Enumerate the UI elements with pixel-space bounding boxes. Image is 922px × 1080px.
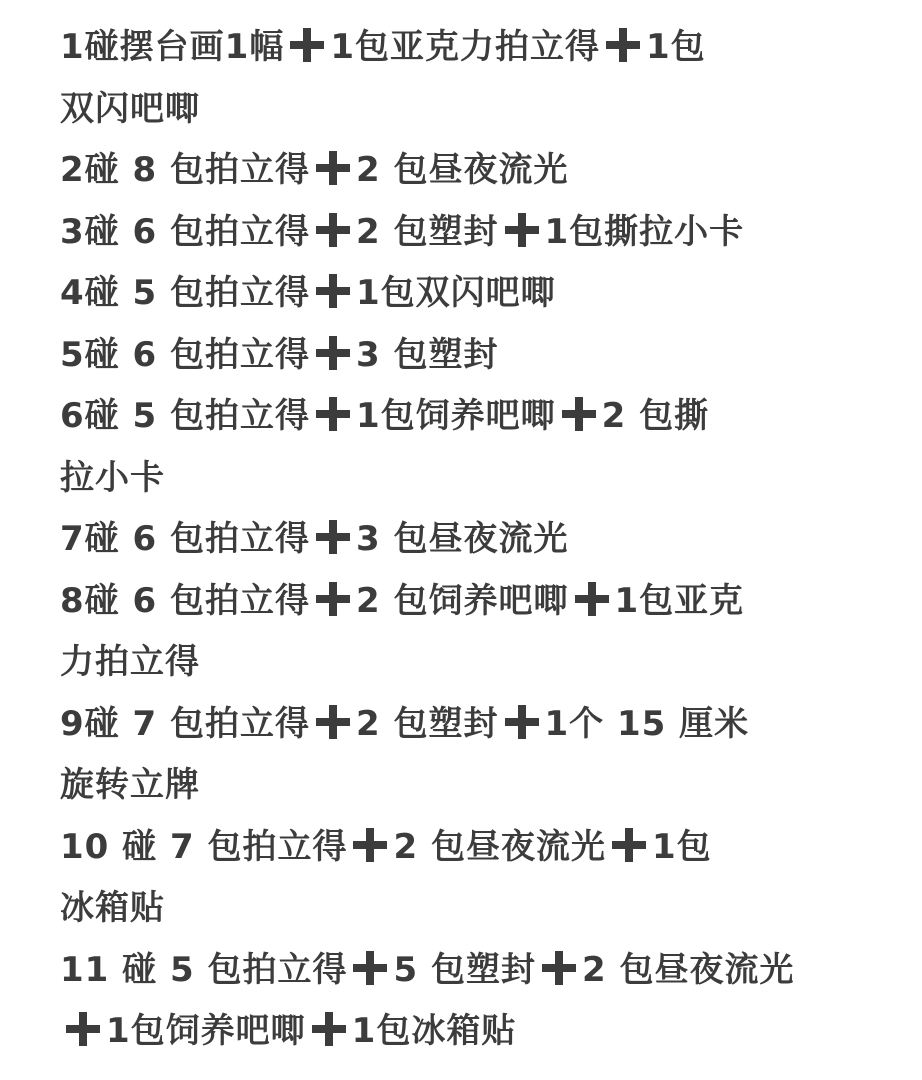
plus-icon	[316, 336, 350, 370]
text-segment: 6碰 5 包拍立得	[60, 396, 310, 436]
text-segment: 5 包塑封	[393, 950, 536, 990]
text-line: 力拍立得	[60, 632, 860, 694]
text-line: 3碰 6 包拍立得2 包塑封1包撕拉小卡	[60, 202, 860, 264]
text-segment: 3 包昼夜流光	[356, 519, 569, 559]
text-line: 5碰 6 包拍立得3 包塑封	[60, 325, 860, 387]
plus-icon	[312, 1012, 346, 1046]
text-segment: 2 包昼夜流光	[582, 950, 795, 990]
plus-icon	[505, 705, 539, 739]
text-segment: 2 包饲养吧唧	[356, 581, 569, 621]
text-segment: 3碰 6 包拍立得	[60, 212, 310, 252]
text-line: 8碰 6 包拍立得2 包饲养吧唧1包亚克	[60, 571, 860, 633]
text-segment: 5碰 6 包拍立得	[60, 335, 310, 375]
text-segment: 2 包昼夜流光	[393, 827, 606, 867]
text-segment: 1包亚克力拍立得	[330, 27, 600, 67]
text-segment: 1包亚克	[615, 581, 745, 621]
text-line: 9碰 7 包拍立得2 包塑封1个 15 厘米	[60, 694, 860, 756]
text-segment: 1碰摆台画1幅	[60, 27, 284, 67]
plus-icon	[562, 397, 596, 431]
plus-icon	[316, 151, 350, 185]
text-segment: 2碰 8 包拍立得	[60, 150, 310, 190]
text-line: 1包饲养吧唧1包冰箱贴	[60, 1001, 860, 1063]
text-segment: 冰箱贴	[60, 888, 165, 928]
plus-icon	[290, 28, 324, 62]
plus-icon	[606, 28, 640, 62]
text-segment: 双闪吧唧	[60, 89, 200, 129]
plus-icon	[542, 951, 576, 985]
text-segment: 1包	[652, 827, 712, 867]
plus-icon	[66, 1012, 100, 1046]
text-line: 旋转立牌	[60, 755, 860, 817]
text-segment: 1个 15 厘米	[545, 704, 750, 744]
text-segment: 拉小卡	[60, 458, 165, 498]
text-line: 11 碰 5 包拍立得5 包塑封2 包昼夜流光	[60, 940, 860, 1002]
text-segment: 1包冰箱贴	[352, 1011, 517, 1051]
text-line: 6碰 5 包拍立得1包饲养吧唧2 包撕	[60, 386, 860, 448]
text-segment: 2 包昼夜流光	[356, 150, 569, 190]
text-segment: 4碰 5 包拍立得	[60, 273, 310, 313]
text-line: 冰箱贴	[60, 878, 860, 940]
text-line: 7碰 6 包拍立得3 包昼夜流光	[60, 509, 860, 571]
text-segment: 8碰 6 包拍立得	[60, 581, 310, 621]
text-segment: 1包双闪吧唧	[356, 273, 556, 313]
plus-icon	[353, 828, 387, 862]
text-segment: 7碰 6 包拍立得	[60, 519, 310, 559]
plus-icon	[316, 582, 350, 616]
text-segment: 11 碰 5 包拍立得	[60, 950, 347, 990]
text-line: 双闪吧唧	[60, 79, 860, 141]
text-segment: 2 包塑封	[356, 704, 499, 744]
text-line: 10 碰 7 包拍立得2 包昼夜流光1包	[60, 817, 860, 879]
text-segment: 旋转立牌	[60, 765, 200, 805]
text-segment: 1包饲养吧唧	[106, 1011, 306, 1051]
text-segment: 1包饲养吧唧	[356, 396, 556, 436]
text-line: 拉小卡	[60, 448, 860, 510]
plus-icon	[575, 582, 609, 616]
text-segment: 1包	[646, 27, 706, 67]
text-segment: 3 包塑封	[356, 335, 499, 375]
plus-icon	[612, 828, 646, 862]
text-segment: 9碰 7 包拍立得	[60, 704, 310, 744]
plus-icon	[316, 520, 350, 554]
text-line: 1碰摆台画1幅1包亚克力拍立得1包	[60, 17, 860, 79]
plus-icon	[316, 397, 350, 431]
text-line: 2碰 8 包拍立得2 包昼夜流光	[60, 140, 860, 202]
text-segment: 10 碰 7 包拍立得	[60, 827, 347, 867]
plus-icon	[505, 213, 539, 247]
reward-tier-list: 1碰摆台画1幅1包亚克力拍立得1包双闪吧唧2碰 8 包拍立得2 包昼夜流光3碰 …	[60, 17, 860, 1063]
text-line: 4碰 5 包拍立得1包双闪吧唧	[60, 263, 860, 325]
plus-icon	[316, 705, 350, 739]
text-segment: 2 包塑封	[356, 212, 499, 252]
text-segment: 1包撕拉小卡	[545, 212, 745, 252]
text-segment: 力拍立得	[60, 642, 200, 682]
text-segment: 2 包撕	[602, 396, 710, 436]
plus-icon	[316, 274, 350, 308]
plus-icon	[316, 213, 350, 247]
plus-icon	[353, 951, 387, 985]
